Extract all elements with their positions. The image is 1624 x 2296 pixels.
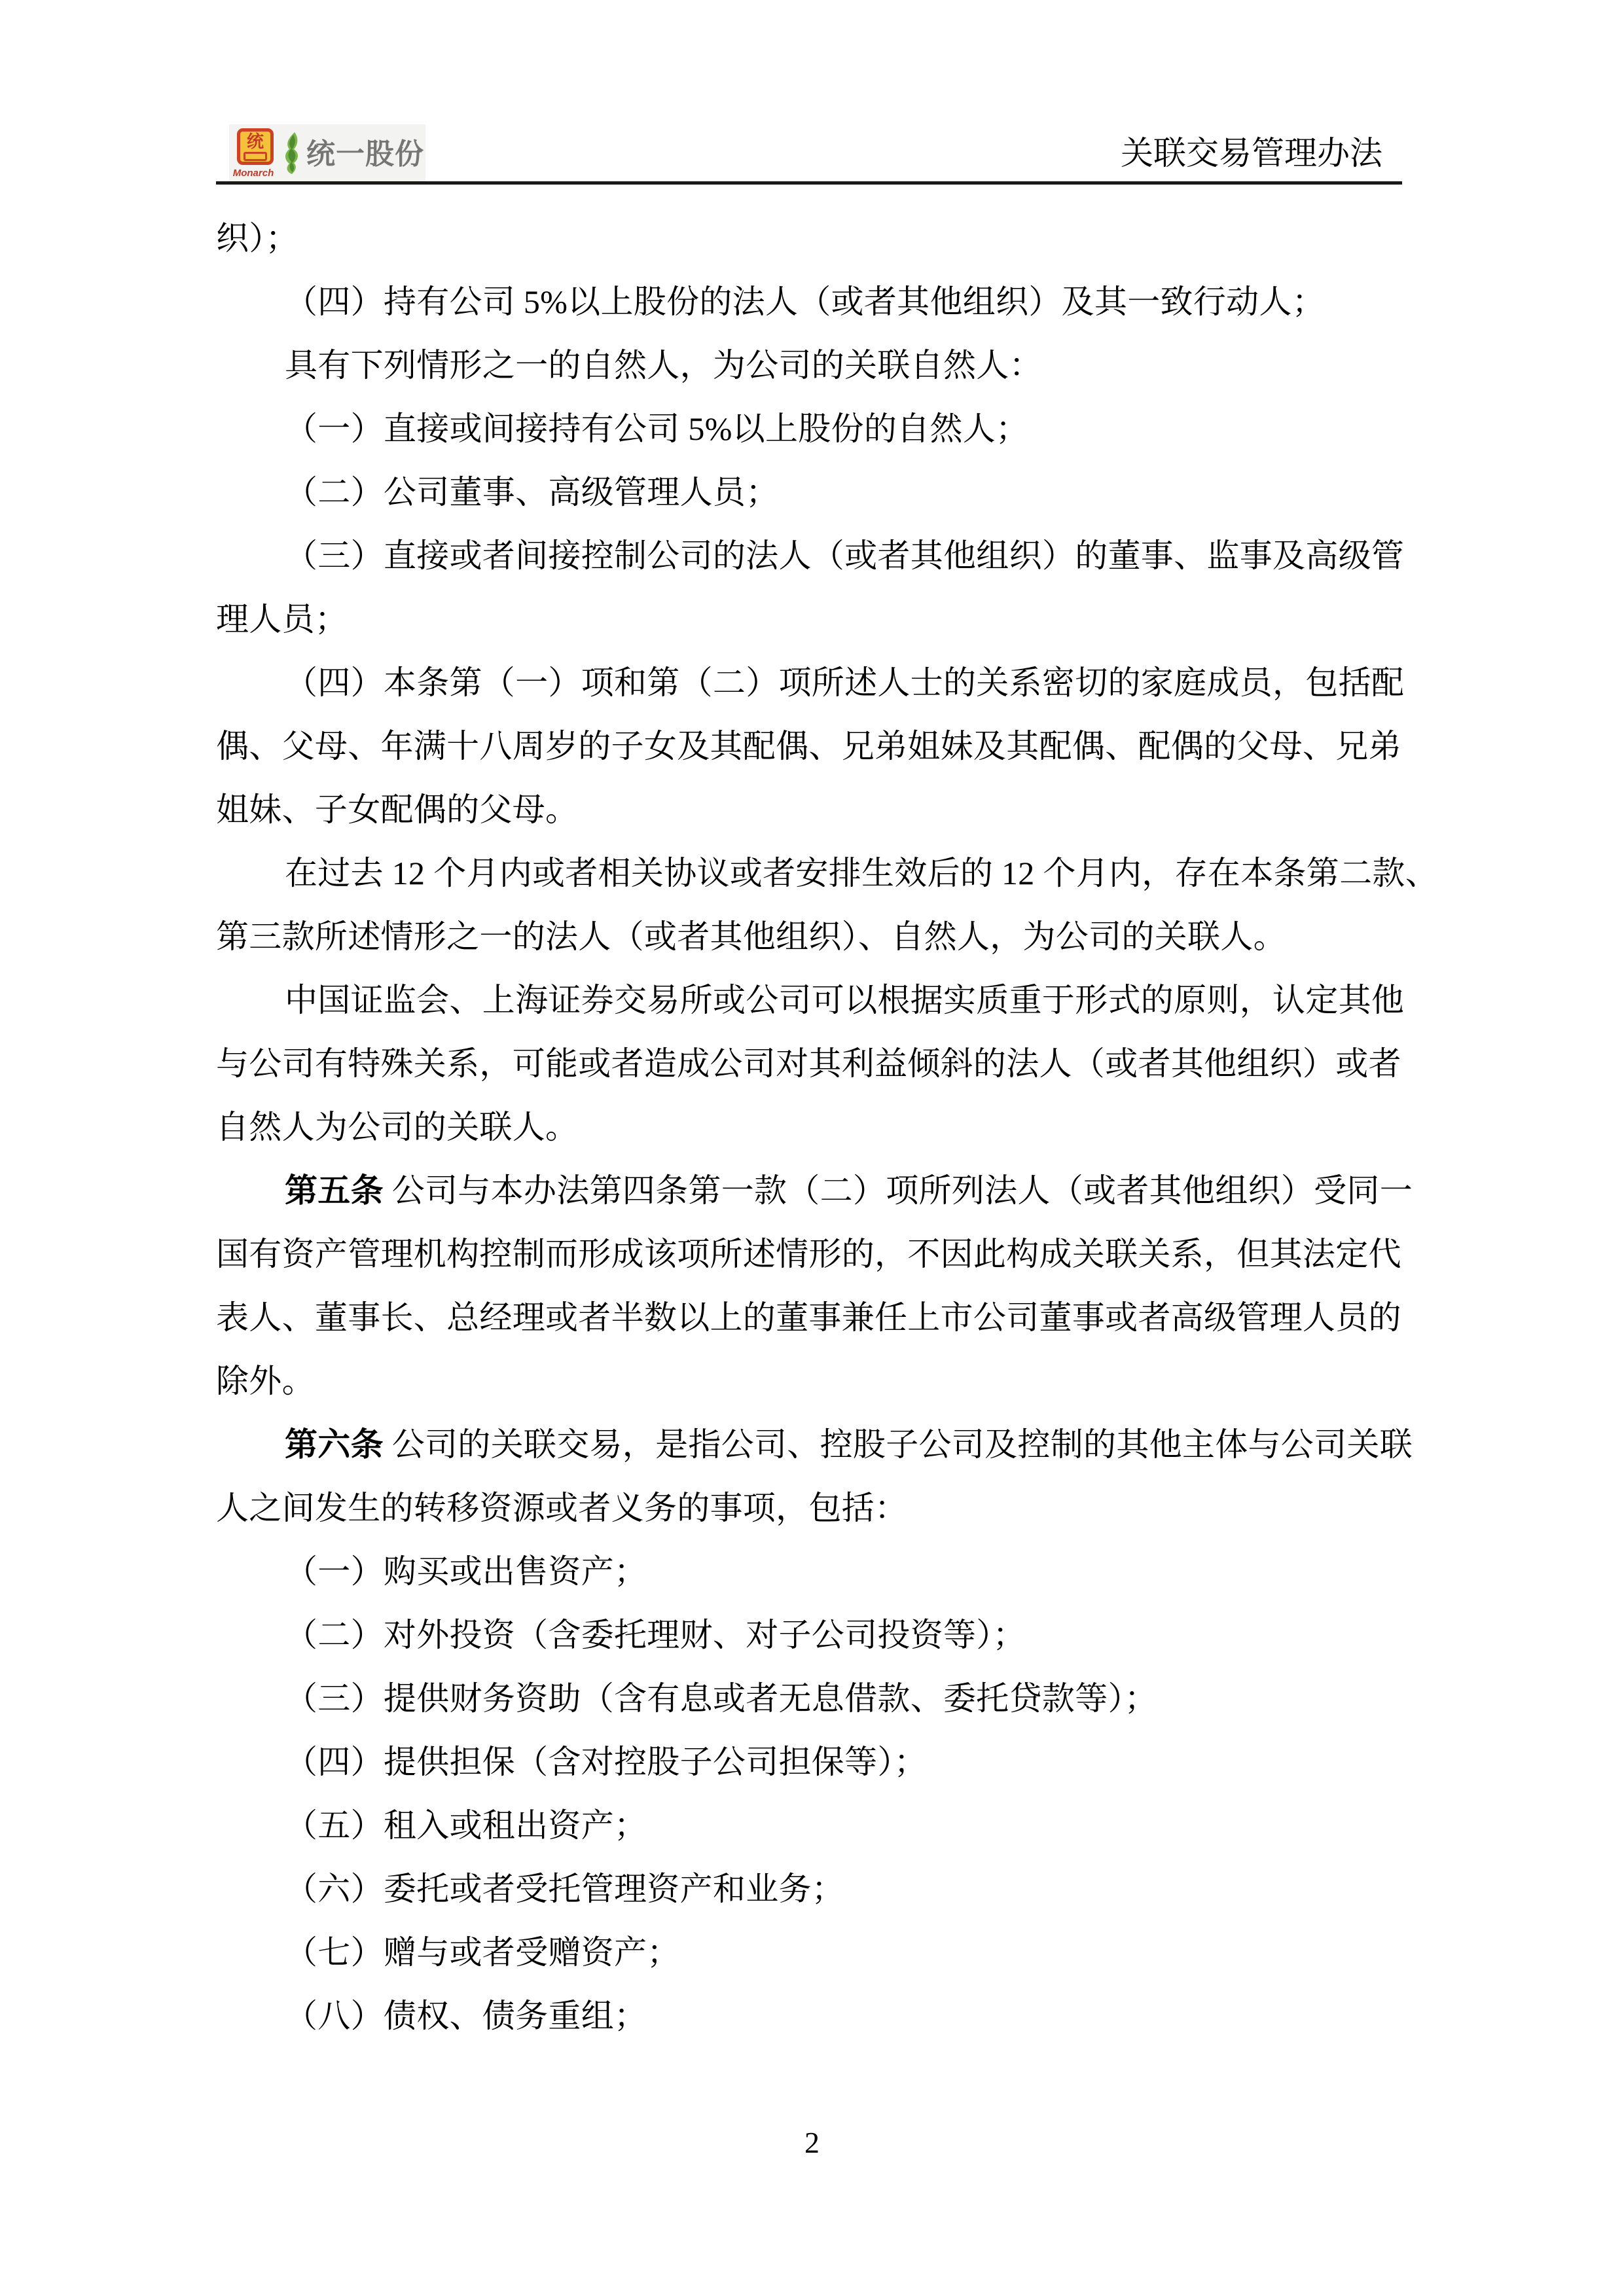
body-line: 偶、父母、年满十八周岁的子女及其配偶、兄弟姐妹及其配偶、配偶的父母、兄弟 — [216, 715, 1404, 778]
body-line: 表人、董事长、总经理或者半数以上的董事兼任上市公司董事或者高级管理人员的 — [216, 1286, 1404, 1350]
body-line: （四）持有公司 5%以上股份的法人（或者其他组织）及其一致行动人； — [216, 270, 1404, 334]
body-line: （二）公司董事、高级管理人员； — [216, 461, 1404, 524]
header-doc-title: 关联交易管理办法 — [216, 134, 1382, 173]
body-line: （五）租入或租出资产； — [216, 1794, 1404, 1857]
body-line: （六）委托或者受托管理资产和业务； — [216, 1857, 1404, 1921]
body-line: （七）赠与或者受赠资产； — [216, 1921, 1404, 1984]
body-line: （四）提供担保（含对控股子公司担保等）； — [216, 1731, 1404, 1794]
body-line: （一）直接或间接持有公司 5%以上股份的自然人； — [216, 397, 1404, 461]
body-line: 织）； — [216, 207, 1404, 270]
body-line: （八）债权、债务重组； — [216, 1984, 1404, 2048]
document-body: 织）； （四）持有公司 5%以上股份的法人（或者其他组织）及其一致行动人； 具有… — [216, 207, 1404, 2048]
body-line: （一）购买或出售资产； — [216, 1540, 1404, 1604]
body-line: 具有下列情形之一的自然人，为公司的关联自然人： — [216, 334, 1404, 397]
body-line: 第三款所述情形之一的法人（或者其他组织）、自然人，为公司的关联人。 — [216, 905, 1404, 969]
body-line: （三）直接或者间接控制公司的法人（或者其他组织）的董事、监事及高级管 — [216, 524, 1404, 588]
body-line: 人之间发生的转移资源或者义务的事项，包括： — [216, 1477, 1404, 1540]
body-line: （四）本条第（一）项和第（二）项所述人士的关系密切的家庭成员，包括配 — [216, 651, 1404, 715]
article-term: 第六条 — [285, 1426, 384, 1463]
body-line: 第五条 公司与本办法第四条第一款（二）项所列法人（或者其他组织）受同一 — [216, 1159, 1404, 1223]
body-line: 中国证监会、上海证券交易所或公司可以根据实质重于形式的原则，认定其他 — [216, 969, 1404, 1032]
body-line: 国有资产管理机构控制而形成该项所述情形的，不因此构成关联关系，但其法定代 — [216, 1223, 1404, 1286]
header-rule — [216, 181, 1402, 185]
body-line: 与公司有特殊关系，可能或者造成公司对其利益倾斜的法人（或者其他组织）或者 — [216, 1032, 1404, 1096]
body-line: （三）提供财务资助（含有息或者无息借款、委托贷款等）； — [216, 1667, 1404, 1731]
page-number: 2 — [804, 2126, 820, 2159]
footer: 2 — [0, 2126, 1624, 2160]
body-line: 自然人为公司的关联人。 — [216, 1096, 1404, 1159]
body-line: （二）对外投资（含委托理财、对子公司投资等）； — [216, 1604, 1404, 1667]
article-term: 第五条 — [285, 1172, 384, 1209]
body-line: 姐妹、子女配偶的父母。 — [216, 778, 1404, 842]
body-line: 在过去 12 个月内或者相关协议或者安排生效后的 12 个月内，存在本条第二款、 — [216, 842, 1404, 905]
page: { "header": { "logo": { "emblem_char": "… — [0, 0, 1624, 2296]
body-line: 理人员； — [216, 588, 1404, 651]
body-line: 第六条 公司的关联交易，是指公司、控股子公司及控制的其他主体与公司关联 — [216, 1413, 1404, 1477]
body-line: 除外。 — [216, 1350, 1404, 1413]
